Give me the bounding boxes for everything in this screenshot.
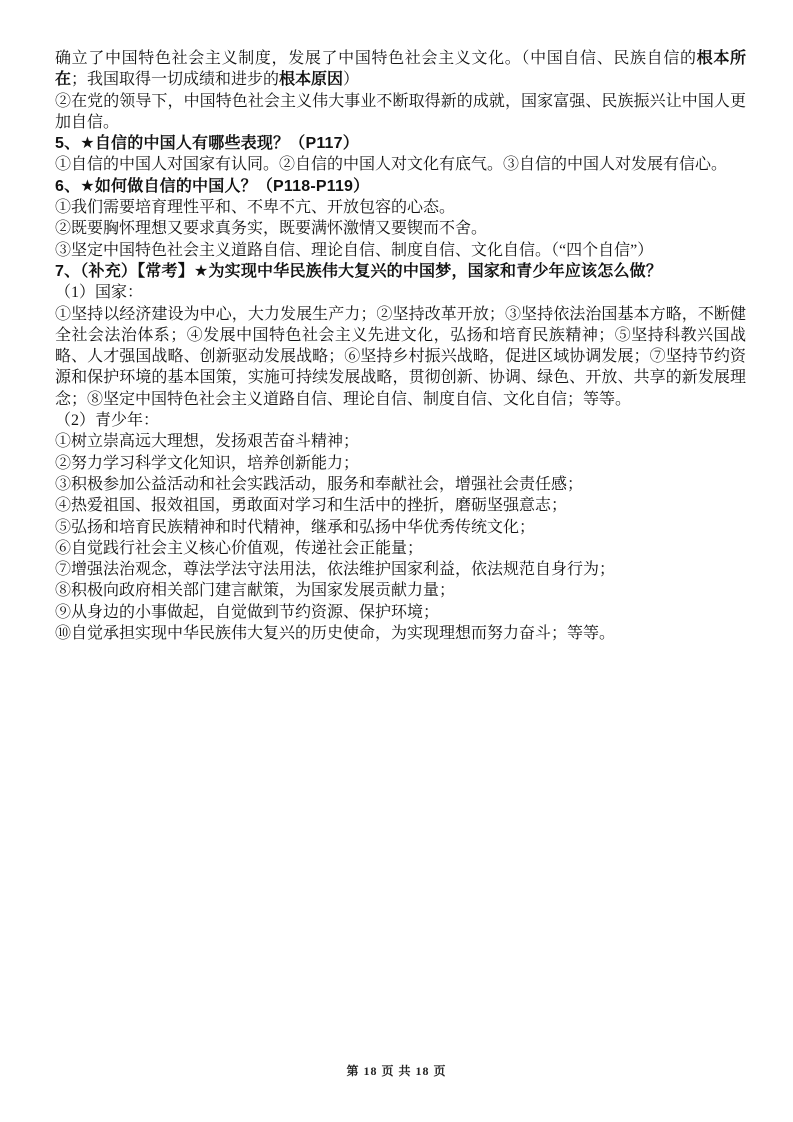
paragraph: ⑨从身边的小事做起，自觉做到节约资源、保护环境； — [55, 602, 746, 623]
text-run: ②努力学习科学文化知识，培养创新能力； — [55, 455, 359, 472]
text-run: ③积极参加公益活动和社会实践活动，服务和奉献社会，增强社会责任感； — [55, 476, 583, 493]
text-run: ⑥自觉践行社会主义核心价值观，传递社会正能量； — [55, 540, 423, 557]
text-run: 根本原因 — [279, 71, 343, 88]
paragraph: ①自信的中国人对国家有认同。②自信的中国人对文化有底气。③自信的中国人对发展有信… — [55, 154, 746, 175]
text-run: ④热爱祖国、报效祖国，勇敢面对学习和生活中的挫折，磨砺坚强意志； — [55, 497, 567, 514]
paragraph: ③积极参加公益活动和社会实践活动，服务和奉献社会，增强社会责任感； — [55, 474, 746, 495]
text-run: ⑦增强法治观念，尊法学法守法用法，依法维护国家利益，依法规范自身行为； — [55, 561, 615, 578]
text-run: ①树立崇高远大理想，发扬艰苦奋斗精神； — [55, 433, 359, 450]
text-run: （1）国家： — [55, 284, 143, 301]
paragraph: ②在党的领导下，中国特色社会主义伟大事业不断取得新的成就，国家富强、民族振兴让中… — [55, 91, 746, 134]
text-run: ②既要胸怀理想又要求真务实，既要满怀激情又要锲而不舍。 — [55, 220, 487, 237]
text-run: ⑤弘扬和培育民族精神和时代精神，继承和弘扬中华优秀传统文化； — [55, 519, 535, 536]
text-run: ③坚定中国特色社会主义道路自信、理论自信、制度自信、文化自信。（“四个自信”） — [55, 242, 653, 259]
document-page: 确立了中国特色社会主义制度，发展了中国特色社会主义文化。（中国自信、民族自信的根… — [0, 0, 793, 1122]
paragraph: ⑤弘扬和培育民族精神和时代精神，继承和弘扬中华优秀传统文化； — [55, 517, 746, 538]
section-heading: 6、★如何做自信的中国人？（P118-P119） — [55, 176, 746, 197]
text-run: ⑧积极向政府相关部门建言献策，为国家发展贡献力量； — [55, 582, 455, 599]
page-number: 第 18 页 共 18 页 — [346, 1064, 446, 1078]
paragraph: ①树立崇高远大理想，发扬艰苦奋斗精神； — [55, 431, 746, 452]
section-heading: 7、（补充）【常考】★为实现中华民族伟大复兴的中国梦，国家和青少年应该怎么做？ — [55, 261, 746, 282]
text-run: 7、（补充）【常考】★为实现中华民族伟大复兴的中国梦，国家和青少年应该怎么做？ — [55, 263, 662, 280]
paragraph: ⑦增强法治观念，尊法学法守法用法，依法维护国家利益，依法规范自身行为； — [55, 559, 746, 580]
document-body: 确立了中国特色社会主义制度，发展了中国特色社会主义文化。（中国自信、民族自信的根… — [55, 48, 746, 644]
paragraph: ②既要胸怀理想又要求真务实，既要满怀激情又要锲而不舍。 — [55, 218, 746, 239]
paragraph: （1）国家： — [55, 282, 746, 303]
text-run: ①坚持以经济建设为中心，大力发展生产力；②坚持改革开放；③坚持依法治国基本方略，… — [55, 306, 746, 408]
text-run: 5、★自信的中国人有哪些表现？（P117） — [55, 135, 359, 152]
text-run: ①自信的中国人对国家有认同。②自信的中国人对文化有底气。③自信的中国人对发展有信… — [55, 156, 727, 173]
text-run: ①我们需要培育理性平和、不卑不亢、开放包容的心态。 — [55, 199, 455, 216]
paragraph: ①我们需要培育理性平和、不卑不亢、开放包容的心态。 — [55, 197, 746, 218]
text-run: ） — [343, 71, 359, 88]
paragraph: ③坚定中国特色社会主义道路自信、理论自信、制度自信、文化自信。（“四个自信”） — [55, 240, 746, 261]
text-run: （2）青少年： — [55, 412, 159, 429]
section-heading: 5、★自信的中国人有哪些表现？（P117） — [55, 133, 746, 154]
text-run: ②在党的领导下，中国特色社会主义伟大事业不断取得新的成就，国家富强、民族振兴让中… — [55, 93, 746, 131]
paragraph: ⑩自觉承担实现中华民族伟大复兴的历史使命，为实现理想而努力奋斗；等等。 — [55, 623, 746, 644]
text-run: ；我国取得一切成绩和进步的 — [71, 71, 279, 88]
paragraph: ⑧积极向政府相关部门建言献策，为国家发展贡献力量； — [55, 580, 746, 601]
paragraph: ④热爱祖国、报效祖国，勇敢面对学习和生活中的挫折，磨砺坚强意志； — [55, 495, 746, 516]
page-footer: 第 18 页 共 18 页 — [0, 1062, 793, 1079]
paragraph: ⑥自觉践行社会主义核心价值观，传递社会正能量； — [55, 538, 746, 559]
text-run: ⑩自觉承担实现中华民族伟大复兴的历史使命，为实现理想而努力奋斗；等等。 — [55, 625, 615, 642]
text-run: 确立了中国特色社会主义制度，发展了中国特色社会主义文化。（中国自信、民族自信的 — [55, 50, 697, 67]
paragraph: 确立了中国特色社会主义制度，发展了中国特色社会主义文化。（中国自信、民族自信的根… — [55, 48, 746, 91]
text-run: ⑨从身边的小事做起，自觉做到节约资源、保护环境； — [55, 604, 439, 621]
text-run: 6、★如何做自信的中国人？（P118-P119） — [55, 178, 369, 195]
paragraph: （2）青少年： — [55, 410, 746, 431]
paragraph: ①坚持以经济建设为中心，大力发展生产力；②坚持改革开放；③坚持依法治国基本方略，… — [55, 304, 746, 410]
paragraph: ②努力学习科学文化知识，培养创新能力； — [55, 453, 746, 474]
